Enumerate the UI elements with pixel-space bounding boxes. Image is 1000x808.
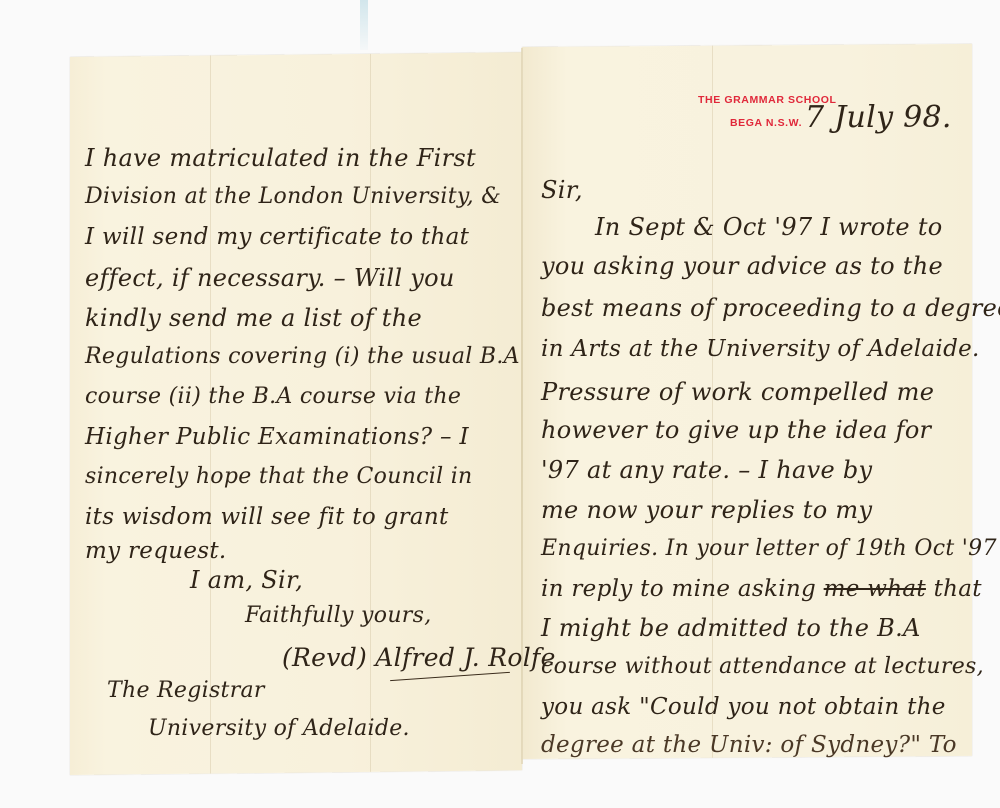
salutation: Sir,	[541, 178, 583, 202]
left-line-1: I have matriculated in the First	[85, 146, 476, 170]
right-line-11: I might be admitted to the B.A	[541, 616, 921, 640]
left-line-3: I will send my certificate to that	[85, 226, 469, 249]
right-line-5: Pressure of work compelled me	[541, 380, 934, 404]
left-line-6: Regulations covering (i) the usual B.A	[85, 346, 520, 368]
left-line-2: Division at the London University, &	[85, 186, 501, 208]
right-line-1: In Sept & Oct '97 I wrote to	[595, 215, 943, 239]
addressee-title: The Registrar	[107, 680, 265, 702]
right-line-3: best means of proceeding to a degree	[541, 296, 1000, 320]
left-line-10: its wisdom will see fit to grant	[85, 506, 449, 529]
scanner-artifact	[360, 0, 368, 50]
right-line-6: however to give up the idea for	[541, 418, 931, 442]
left-line-9: sincerely hope that the Council in	[85, 466, 473, 488]
valediction: Faithfully yours,	[245, 605, 431, 627]
right-line-12: course without attendance at lectures,	[541, 656, 984, 678]
right-line-13: you ask "Could you not obtain the	[541, 696, 946, 719]
right-line-8: me now your replies to my	[541, 498, 872, 522]
left-line-5: kindly send me a list of the	[85, 306, 422, 330]
right-line-9: Enquiries. In your letter of 19th Oct '9…	[541, 538, 997, 560]
right-line-14: degree at the Univ: of Sydney?" To	[541, 734, 957, 757]
after-strike-text: that	[934, 576, 982, 602]
closing-phrase: I am, Sir,	[190, 568, 303, 592]
letter-date: 7 July 98.	[805, 103, 952, 133]
right-line-10-text: in reply to mine asking	[541, 576, 816, 602]
left-line-7: course (ii) the B.A course via the	[85, 386, 461, 408]
letterhead-location: BEGA N.S.W.	[730, 117, 802, 129]
right-line-7: '97 at any rate. – I have by	[541, 458, 872, 482]
addressee-institution: University of Adelaide.	[148, 718, 410, 740]
left-line-11: my request.	[85, 540, 227, 563]
left-line-8: Higher Public Examinations? – I	[85, 426, 469, 449]
left-line-4: effect, if necessary. – Will you	[85, 266, 455, 290]
signature: (Revd) Alfred J. Rolfe	[282, 645, 556, 670]
right-line-10: in reply to mine asking me what that	[541, 578, 982, 601]
right-line-2: you asking your advice as to the	[541, 254, 943, 278]
struck-text: me what	[824, 576, 926, 602]
right-line-4: in Arts at the University of Adelaide.	[541, 338, 980, 361]
